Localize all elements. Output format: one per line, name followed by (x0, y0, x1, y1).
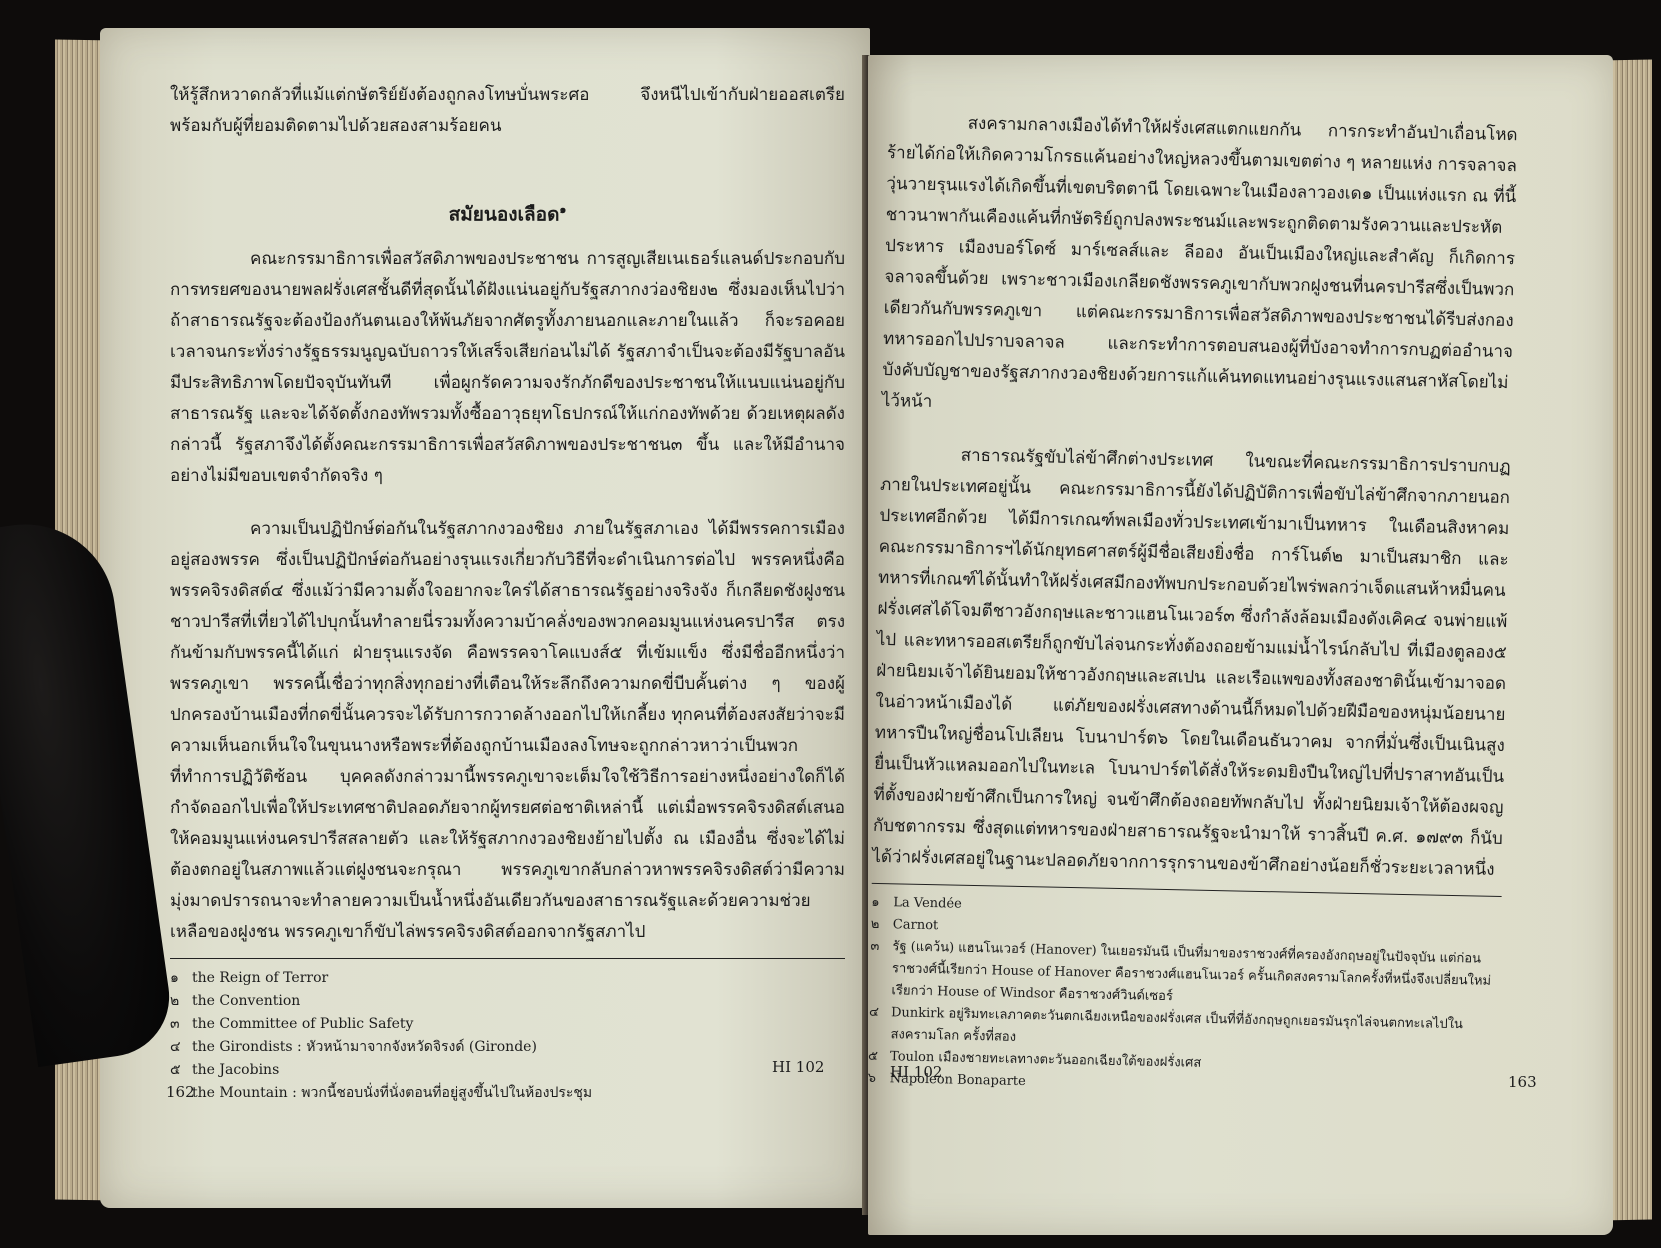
left-page: ให้รู้สึกหวาดกลัวที่แม้แต่กษัตริย์ยังต้อ… (100, 28, 870, 1208)
left-footnotes: ๑the Reign of Terror ๒the Convention ๓th… (170, 967, 845, 1105)
paragraph-factions: ความเป็นปฏิปักษ์ต่อกันในรัฐสภากงวองชิยง … (170, 514, 845, 948)
opening-lines: ให้รู้สึกหวาดกลัวที่แม้แต่กษัตริย์ยังต้อ… (170, 80, 845, 142)
paragraph-civil-war: สงครามกลางเมืองได้ทำให้ฝรั่งเศสแตกแยกกัน… (882, 107, 1518, 430)
page-number-right: 163 (1508, 1073, 1537, 1091)
right-footnotes: ๑La Vendée ๒Carnot ๓รัฐ (แคว้น) แฮนโนเวอ… (867, 892, 1501, 1103)
section-title-note: ๑ (559, 203, 566, 216)
footnote: ๕the Jacobins (170, 1059, 845, 1082)
course-code-left: HI 102 (772, 1058, 824, 1076)
footnote: the Mountain : พวกนี้ชอบนั่งที่นั่งตอนที… (170, 1082, 845, 1105)
paragraph-foreign-enemies: สาธารณรัฐขับไล่ข้าศึกต่างประเทศ ในขณะที่… (872, 439, 1511, 886)
footnote-divider (170, 958, 845, 959)
footnote: ๔the Girondists : หัวหน้ามาจากจังหวัดจิร… (170, 1036, 845, 1059)
footnote: ๒the Convention (170, 990, 845, 1013)
paragraph-committee: คณะกรรมาธิการเพื่อสวัสดิภาพของประชาชน กา… (170, 244, 845, 492)
right-page: สงครามกลางเมืองได้ทำให้ฝรั่งเศสแตกแยกกัน… (868, 55, 1613, 1235)
footnote: ๑the Reign of Terror (170, 967, 845, 990)
section-title: สมัยนองเลือด๑ (170, 194, 845, 230)
open-book-photo: ให้รู้สึกหวาดกลัวที่แม้แต่กษัตริย์ยังต้อ… (0, 0, 1661, 1248)
page-number-left: 162 (166, 1083, 195, 1101)
right-page-text: สงครามกลางเมืองได้ทำให้ฝรั่งเศสแตกแยกกัน… (867, 107, 1517, 1103)
footnote: ๓the Committee of Public Safety (170, 1013, 845, 1036)
course-code-right: HI 102 (890, 1063, 942, 1081)
left-page-text: ให้รู้สึกหวาดกลัวที่แม้แต่กษัตริย์ยังต้อ… (170, 80, 845, 1105)
